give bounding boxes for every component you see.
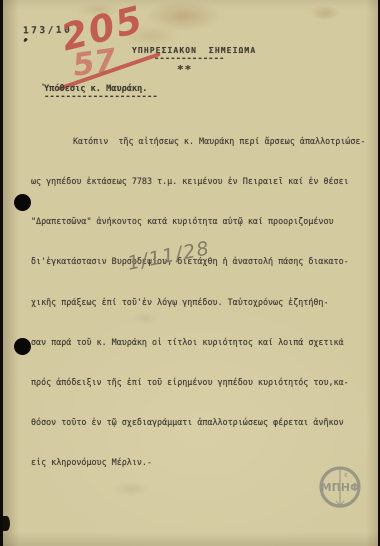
title-decorative-marks: ** xyxy=(177,63,192,76)
archive-stamp-icon: ΜΠΗΦ ε xyxy=(316,463,364,511)
stamp-top-letter: ε xyxy=(344,471,348,479)
red-registry-number-bottom: 57 xyxy=(71,45,118,82)
scanned-document-page: 173/10 205 57 ΥΠΗΡΕΣΙΑΚΟΝ ΣΗΜΕΙΩΜΑ -----… xyxy=(0,0,380,546)
stamp-monogram: ΜΠΗΦ xyxy=(321,481,360,494)
ink-speck xyxy=(23,38,28,43)
body-line: εἰς κληρονόμους Μέρλιν.- xyxy=(31,456,361,469)
edge-smudge xyxy=(3,516,10,531)
body-line: χικῆς πράξεως ἐπί τοῦ'ἐν λόγῳ γηπέδου. Τ… xyxy=(31,296,361,309)
body-line: Κατόπιν τῆς αἰτήσεως κ. Μαυράκη περί ἄρσ… xyxy=(31,135,361,148)
body-line: σαν παρά τοῦ κ. Μαυράκη οἱ τίτλοι κυριότ… xyxy=(31,336,361,349)
subject-underline: --------------------- xyxy=(44,92,158,102)
body-line: "Δραπετσῶνα" ἀνήκοντος κατά κυριότητα αὐ… xyxy=(31,215,361,228)
paper-sheet: 173/10 205 57 ΥΠΗΡΕΣΙΑΚΟΝ ΣΗΜΕΙΩΜΑ -----… xyxy=(3,0,378,546)
body-line: θόσον τοῦτο ἐν τῷ σχεδιαγράμματι ἀπαλλοτ… xyxy=(31,416,361,429)
body-line: ως γηπέδου ἐκτάσεως 7783 τ.μ. κειμένου ἐ… xyxy=(31,175,361,188)
punch-hole xyxy=(14,194,31,211)
body-line: πρός ἀπόδειξιν τῆς ἐπί τοῦ εἰρημένου γηπ… xyxy=(31,376,361,389)
punch-hole xyxy=(14,338,31,355)
body-paragraph: Κατόπιν τῆς αἰτήσεως κ. Μαυράκη περί ἄρσ… xyxy=(31,108,361,497)
